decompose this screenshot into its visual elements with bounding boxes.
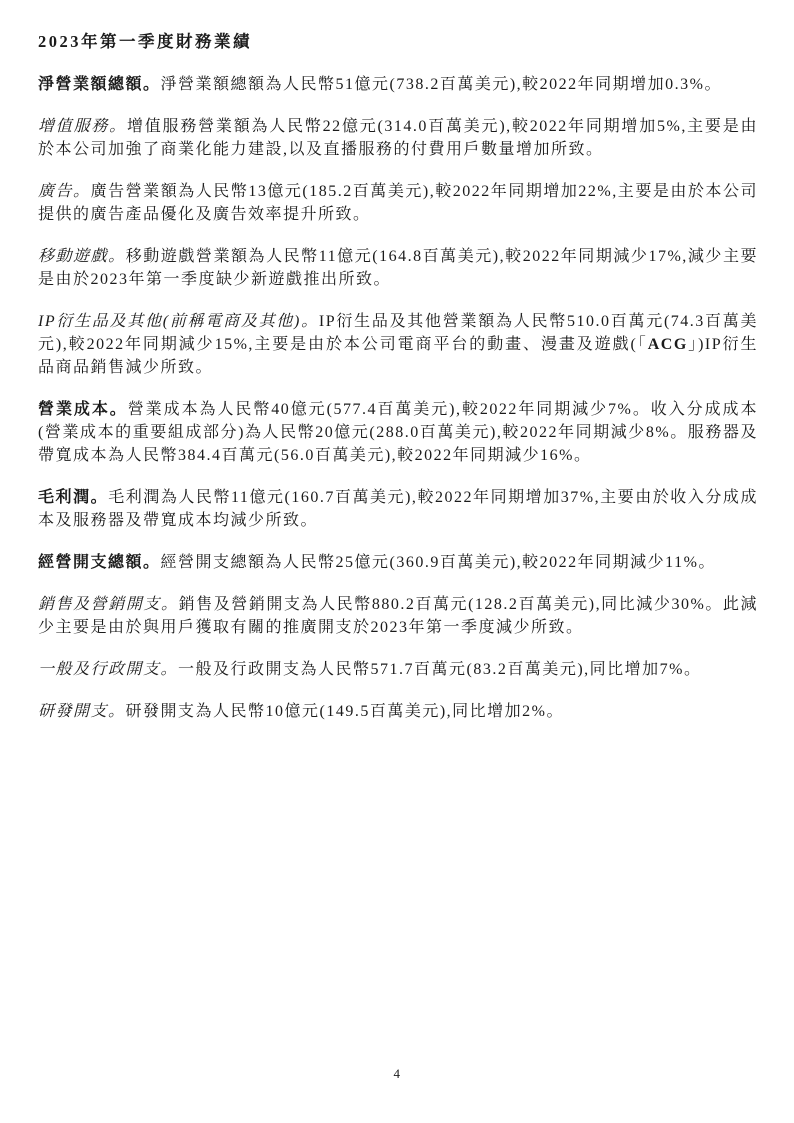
document-page: 2023年第一季度財務業績 淨營業額總額。淨營業額總額為人民幣51億元(738.… xyxy=(0,0,794,1123)
paragraph-mobile-games: 移動遊戲。移動遊戲營業額為人民幣11億元(164.8百萬美元),較2022年同期… xyxy=(38,245,758,291)
paragraph-cost-of-revenues: 營業成本。營業成本為人民幣40億元(577.4百萬美元),較2022年同期減少7… xyxy=(38,398,758,467)
paragraph-body: 營業成本為人民幣40億元(577.4百萬美元),較2022年同期減少7%。收入分… xyxy=(38,401,758,464)
paragraph-advertising: 廣告。廣告營業額為人民幣13億元(185.2百萬美元),較2022年同期增加22… xyxy=(38,180,758,226)
paragraph-general-and-administrative-expenses: 一般及行政開支。一般及行政開支為人民幣571.7百萬元(83.2百萬美元),同比… xyxy=(38,658,758,681)
paragraph-gross-profit: 毛利潤。毛利潤為人民幣11億元(160.7百萬美元),較2022年同期增加37%… xyxy=(38,486,758,532)
paragraph-research-and-development-expenses: 研發開支。研發開支為人民幣10億元(149.5百萬美元),同比增加2%。 xyxy=(38,700,758,723)
paragraph-total-operating-expenses: 經營開支總額。經營開支總額為人民幣25億元(360.9百萬美元),較2022年同… xyxy=(38,551,758,574)
paragraph-lead: IP衍生品及其他(前稱電商及其他)。 xyxy=(38,313,319,330)
paragraph-body: 增值服務營業額為人民幣22億元(314.0百萬美元),較2022年同期增加5%,… xyxy=(38,118,758,158)
paragraph-lead: 研發開支。 xyxy=(38,703,126,720)
paragraph-body: 研發開支為人民幣10億元(149.5百萬美元),同比增加2%。 xyxy=(126,703,565,720)
paragraph-value-added-services: 增值服務。增值服務營業額為人民幣22億元(314.0百萬美元),較2022年同期… xyxy=(38,115,758,161)
paragraph-body: 廣告營業額為人民幣13億元(185.2百萬美元),較2022年同期增加22%,主… xyxy=(38,183,758,223)
paragraph-selling-and-marketing-expenses: 銷售及營銷開支。銷售及營銷開支為人民幣880.2百萬元(128.2百萬美元),同… xyxy=(38,593,758,639)
paragraph-lead: 營業成本。 xyxy=(38,401,128,418)
paragraph-body: 淨營業額總額為人民幣51億元(738.2百萬美元),較2022年同期增加0.3%… xyxy=(161,76,723,93)
paragraph-lead: 廣告。 xyxy=(38,183,91,200)
section-title: 2023年第一季度財務業績 xyxy=(38,30,758,53)
paragraph-lead: 淨營業額總額。 xyxy=(38,76,161,93)
paragraph-lead: 移動遊戲。 xyxy=(38,248,126,265)
document-content: 2023年第一季度財務業績 淨營業額總額。淨營業額總額為人民幣51億元(738.… xyxy=(38,30,758,742)
paragraph-body: 一般及行政開支為人民幣571.7百萬元(83.2百萬美元),同比增加7%。 xyxy=(178,661,702,678)
paragraph-lead: 銷售及營銷開支。 xyxy=(38,596,179,613)
paragraph-body: 移動遊戲營業額為人民幣11億元(164.8百萬美元),較2022年同期減少17%… xyxy=(38,248,758,288)
paragraph-total-net-revenues: 淨營業額總額。淨營業額總額為人民幣51億元(738.2百萬美元),較2022年同… xyxy=(38,73,758,96)
paragraph-lead: 一般及行政開支。 xyxy=(38,661,178,678)
paragraph-body: 經營開支總額為人民幣25億元(360.9百萬美元),較2022年同期減少11%。 xyxy=(161,554,716,571)
page-number: 4 xyxy=(0,1066,794,1082)
paragraph-body-acg: ACG xyxy=(648,336,688,353)
paragraph-lead: 毛利潤。 xyxy=(38,489,108,506)
paragraph-ip-derivatives-and-others: IP衍生品及其他(前稱電商及其他)。IP衍生品及其他營業額為人民幣510.0百萬… xyxy=(38,310,758,379)
paragraph-lead: 增值服務。 xyxy=(38,118,127,135)
paragraph-body: 毛利潤為人民幣11億元(160.7百萬美元),較2022年同期增加37%,主要由… xyxy=(38,489,758,529)
paragraph-lead: 經營開支總額。 xyxy=(38,554,161,571)
